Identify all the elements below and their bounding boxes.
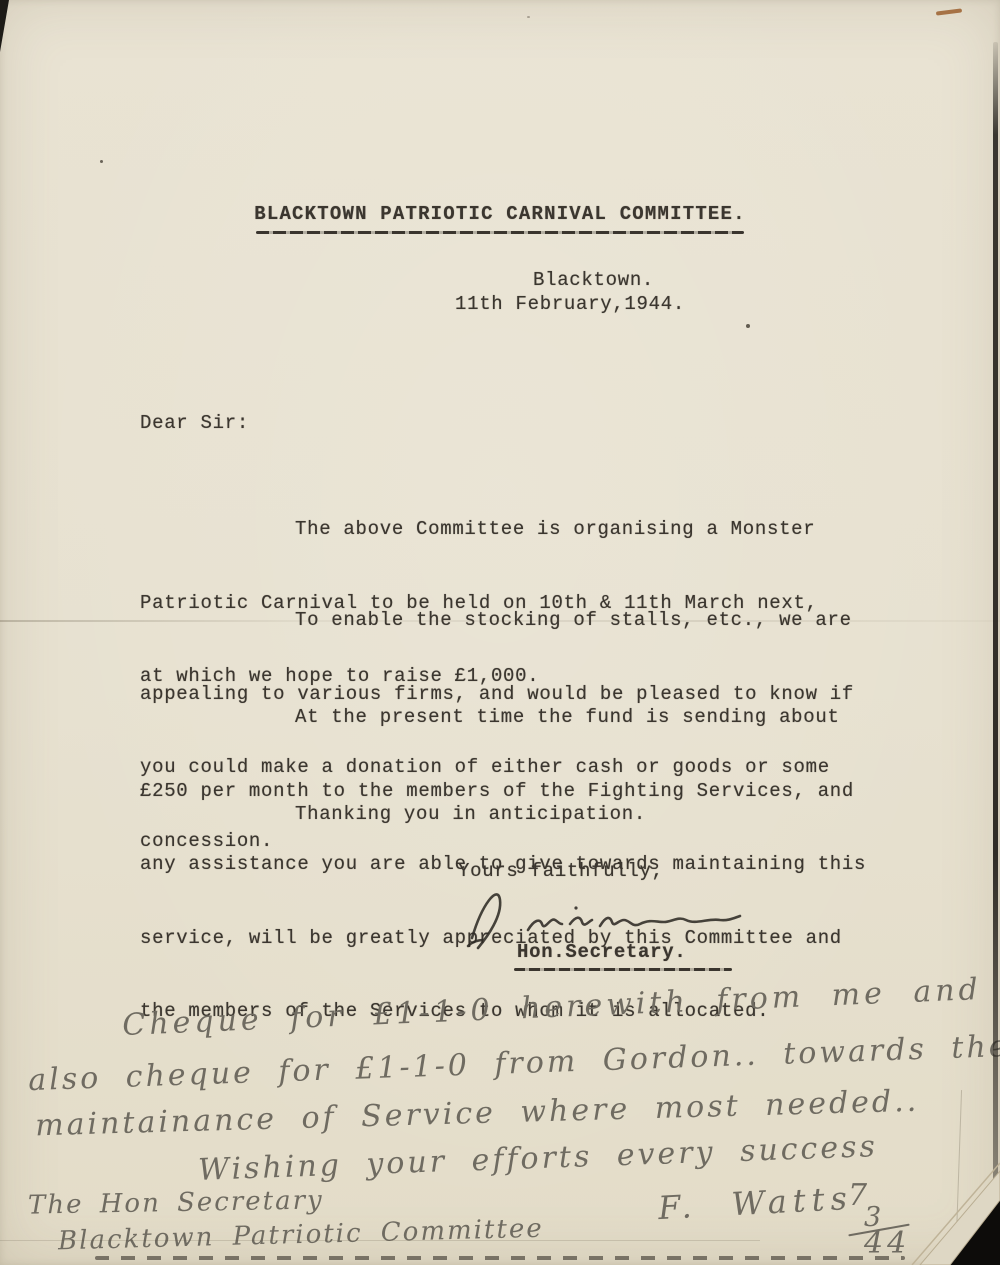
handwritten-addressee-line-2: Blacktown Patriotic Committee xyxy=(58,1214,544,1257)
rust-stain xyxy=(936,8,962,15)
fold-crease xyxy=(0,620,1000,622)
letter-date: 11th February,1944. xyxy=(455,292,685,317)
ink-speck xyxy=(746,324,750,328)
signature-role-underline xyxy=(514,968,732,971)
handwritten-addressee-line-1: The Hon Secretary xyxy=(28,1185,324,1220)
scan-corner-sliver xyxy=(0,0,9,52)
letter-line: The above Committee is organising a Mons… xyxy=(140,517,920,542)
letter-page: BLACKTOWN PATRIOTIC CARNIVAL COMMITTEE. … xyxy=(0,0,1000,1265)
letter-signature-role: Hon.Secretary. xyxy=(517,940,686,965)
bottom-edge-shadow xyxy=(95,1256,905,1260)
letter-title: BLACKTOWN PATRIOTIC CARNIVAL COMMITTEE. xyxy=(0,202,1000,227)
letter-thanks-line: Thanking you in anticipation. xyxy=(295,802,646,827)
ink-speck xyxy=(527,16,530,18)
letter-place: Blacktown. xyxy=(533,268,654,293)
page-right-edge xyxy=(993,42,998,1202)
handwritten-signed-name: F. Watts xyxy=(657,1179,854,1227)
ink-speck xyxy=(100,160,103,163)
letter-line: £250 per month to the members of the Fig… xyxy=(140,779,920,804)
fold-crease-lower xyxy=(0,1240,760,1241)
letter-line: At the present time the fund is sending … xyxy=(140,705,920,730)
folded-corner xyxy=(860,1125,1000,1265)
handwritten-note-line-4: Wishing your efforts every success xyxy=(198,1129,879,1188)
title-underline xyxy=(256,231,744,234)
letter-salutation: Dear Sir: xyxy=(140,411,249,436)
